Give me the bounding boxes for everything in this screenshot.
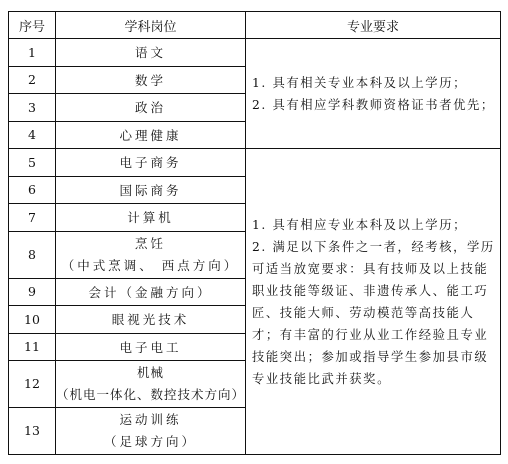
header-subject: 学科岗位 xyxy=(56,12,246,39)
row-no: 3 xyxy=(9,94,56,122)
subject-name: 机械 xyxy=(56,362,245,384)
requirement-line: 2. 满足以下条件之一者，经考核，学历可适当放宽要求：具有技师及以上技能职业技能… xyxy=(252,236,496,390)
requirement-cell: 1. 具有相关专业本科及以上学历； 2. 具有相应学科教师资格证书者优先； xyxy=(246,39,501,149)
row-no: 4 xyxy=(9,121,56,149)
row-no: 12 xyxy=(9,361,56,408)
header-no: 序号 xyxy=(9,12,56,39)
subject-note: （中式烹调、 西点方向） xyxy=(56,255,245,277)
table-row: 1 语文 1. 具有相关专业本科及以上学历； 2. 具有相应学科教师资格证书者优… xyxy=(9,39,501,67)
requirement-line: 1. 具有相关专业本科及以上学历； xyxy=(252,72,496,94)
row-subject: 心理健康 xyxy=(56,121,246,149)
requirement-line: 2. 具有相应学科教师资格证书者优先； xyxy=(252,94,496,116)
row-subject: 烹饪 （中式烹调、 西点方向） xyxy=(56,231,246,278)
row-subject: 运动训练 （足球方向） xyxy=(56,408,246,455)
subject-name: 烹饪 xyxy=(56,233,245,255)
subject-note: （机电一体化、数控技术方向） xyxy=(56,384,245,406)
row-subject: 眼视光技术 xyxy=(56,306,246,334)
header-row: 序号 学科岗位 专业要求 xyxy=(9,12,501,39)
requirement-cell: 1. 具有相应专业本科及以上学历； 2. 满足以下条件之一者，经考核，学历可适当… xyxy=(246,149,501,455)
row-no: 5 xyxy=(9,149,56,177)
row-subject: 计算机 xyxy=(56,204,246,232)
row-subject: 机械 （机电一体化、数控技术方向） xyxy=(56,361,246,408)
row-no: 1 xyxy=(9,39,56,67)
table-row: 5 电子商务 1. 具有相应专业本科及以上学历； 2. 满足以下条件之一者，经考… xyxy=(9,149,501,177)
positions-table: 序号 学科岗位 专业要求 1 语文 1. 具有相关专业本科及以上学历； 2. 具… xyxy=(8,11,501,455)
row-subject: 数学 xyxy=(56,66,246,94)
row-no: 2 xyxy=(9,66,56,94)
subject-name: 运动训练 xyxy=(56,409,245,431)
row-no: 11 xyxy=(9,333,56,361)
row-no: 10 xyxy=(9,306,56,334)
row-subject: 国际商务 xyxy=(56,176,246,204)
row-subject: 电子电工 xyxy=(56,333,246,361)
subject-note: （足球方向） xyxy=(56,431,245,453)
row-subject: 语文 xyxy=(56,39,246,67)
header-requirement: 专业要求 xyxy=(246,12,501,39)
row-no: 9 xyxy=(9,278,56,306)
row-subject: 政治 xyxy=(56,94,246,122)
row-no: 8 xyxy=(9,231,56,278)
row-no: 13 xyxy=(9,408,56,455)
row-no: 6 xyxy=(9,176,56,204)
row-no: 7 xyxy=(9,204,56,232)
row-subject: 电子商务 xyxy=(56,149,246,177)
row-subject: 会计（金融方向） xyxy=(56,278,246,306)
requirement-line: 1. 具有相应专业本科及以上学历； xyxy=(252,214,496,236)
